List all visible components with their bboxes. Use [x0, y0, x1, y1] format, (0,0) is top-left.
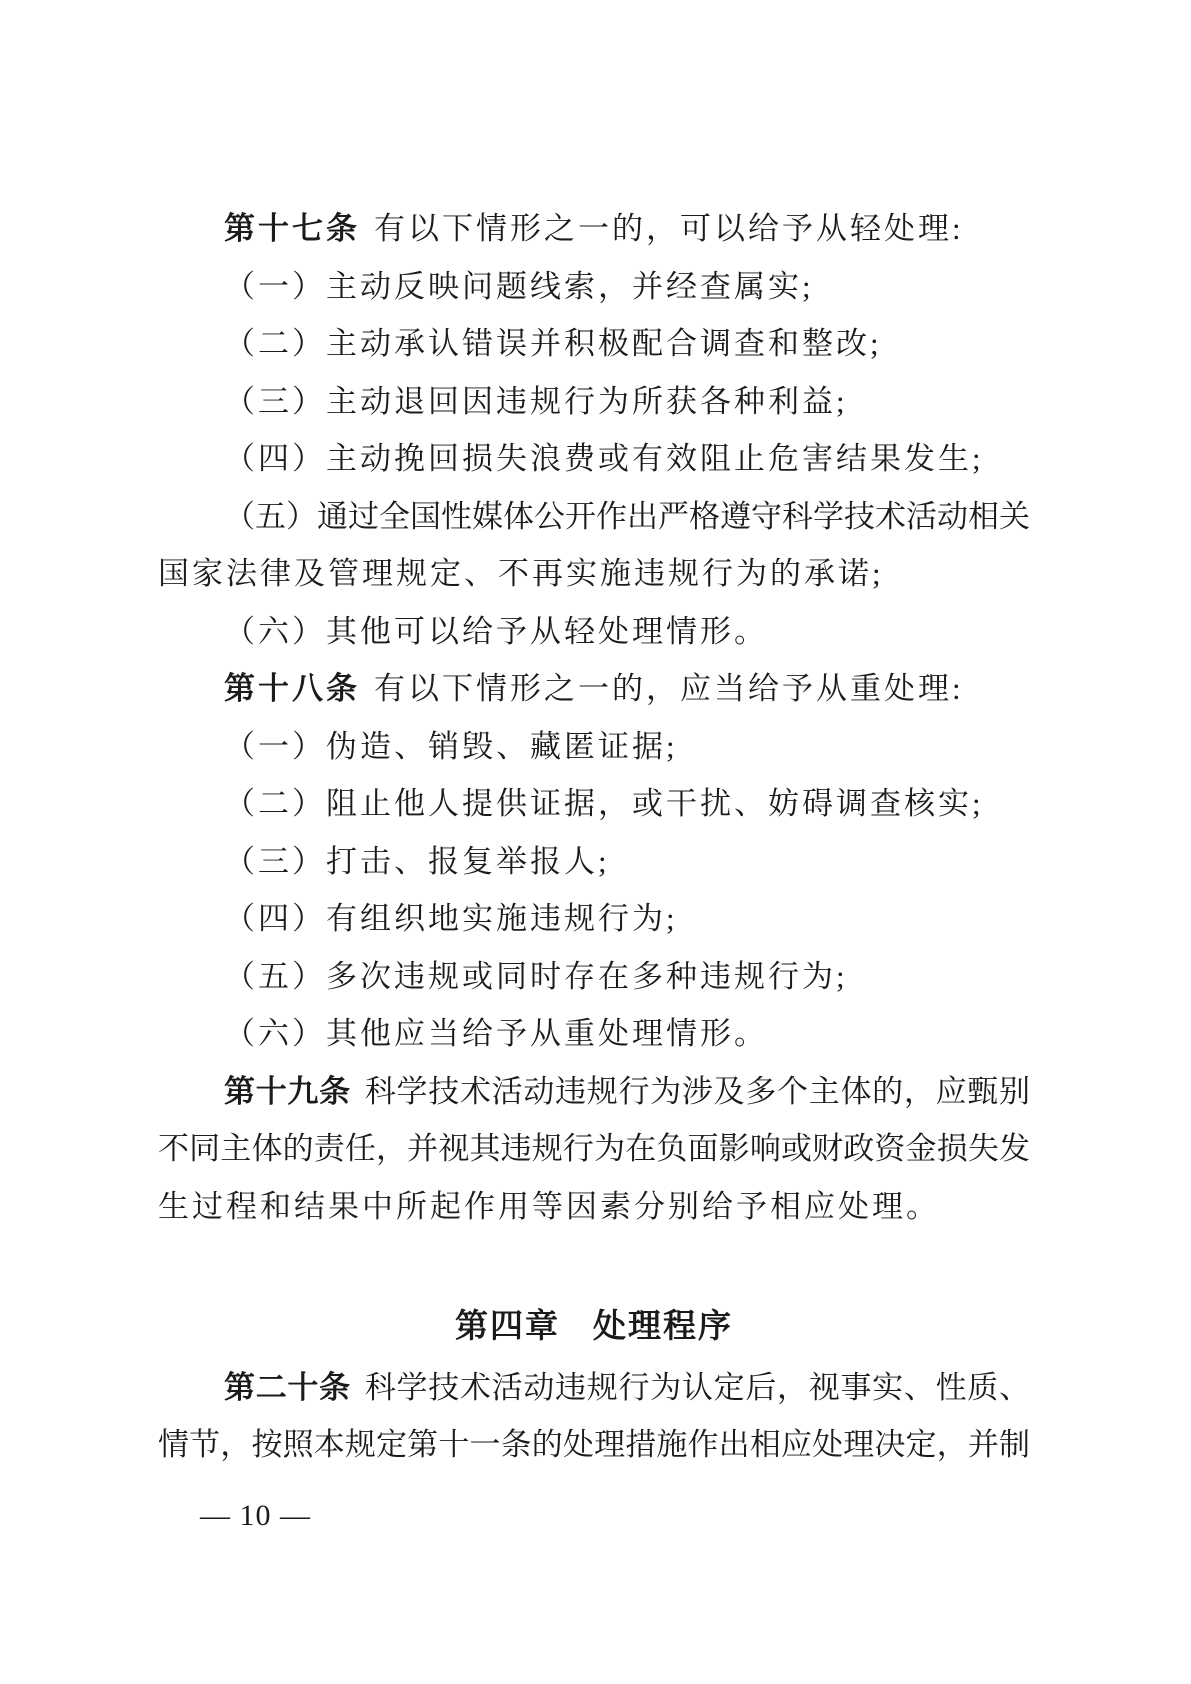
page-number: — 10 — — [200, 1498, 311, 1534]
section-articles-17-19: 第十七条有以下情形之一的，可以给予从轻处理:（一）主动反映问题线索，并经查属实;… — [158, 200, 1030, 1235]
text-line: 国家法律及管理规定、不再实施违规行为的承诺; — [158, 545, 1030, 603]
line-text: 情节，按照本规定第十一条的处理措施作出相应处理决定，并制 — [158, 1427, 1030, 1462]
document-page: 第十七条有以下情形之一的，可以给予从轻处理:（一）主动反映问题线索，并经查属实;… — [0, 0, 1191, 1684]
chapter-number: 第四章 — [455, 1307, 560, 1344]
article-number: 第十七条 — [224, 211, 360, 246]
line-text: 有以下情形之一的，可以给予从轻处理: — [374, 211, 964, 246]
text-line: （五）通过全国性媒体公开作出严格遵守科学技术活动相关 — [158, 488, 1030, 546]
text-line: （六）其他应当给予从重处理情形。 — [158, 1005, 1030, 1063]
line-text: （四）主动挽回损失浪费或有效阻止危害结果发生; — [224, 441, 984, 476]
document-body: 第十七条有以下情形之一的，可以给予从轻处理:（一）主动反映问题线索，并经查属实;… — [0, 0, 1191, 1474]
line-text: （六）其他可以给予从轻处理情形。 — [224, 614, 768, 649]
text-line: （六）其他可以给予从轻处理情形。 — [158, 603, 1030, 661]
chapter-heading: 第四章处理程序 — [158, 1297, 1030, 1355]
line-text: （六）其他应当给予从重处理情形。 — [224, 1016, 768, 1051]
text-line: 第十七条有以下情形之一的，可以给予从轻处理: — [158, 200, 1030, 258]
line-text: 科学技术活动违规行为涉及多个主体的，应甄别 — [365, 1074, 1030, 1109]
article-number: 第十八条 — [224, 671, 360, 706]
line-text: 国家法律及管理规定、不再实施违规行为的承诺; — [158, 556, 884, 591]
text-line: （二）主动承认错误并积极配合调查和整改; — [158, 315, 1030, 373]
text-line: 第十九条科学技术活动违规行为涉及多个主体的，应甄别 — [158, 1063, 1030, 1121]
section-article-20: 第二十条科学技术活动违规行为认定后，视事实、性质、情节，按照本规定第十一条的处理… — [158, 1359, 1030, 1474]
text-line: （一）主动反映问题线索，并经查属实; — [158, 258, 1030, 316]
line-text: （五）多次违规或同时存在多种违规行为; — [224, 959, 848, 994]
text-line: 第二十条科学技术活动违规行为认定后，视事实、性质、 — [158, 1359, 1030, 1417]
text-line: （四）主动挽回损失浪费或有效阻止危害结果发生; — [158, 430, 1030, 488]
article-number: 第二十条 — [224, 1370, 351, 1405]
text-line: （二）阻止他人提供证据，或干扰、妨碍调查核实; — [158, 775, 1030, 833]
text-line: （五）多次违规或同时存在多种违规行为; — [158, 948, 1030, 1006]
text-line: 情节，按照本规定第十一条的处理措施作出相应处理决定，并制 — [158, 1416, 1030, 1474]
text-line: （三）主动退回因违规行为所获各种利益; — [158, 373, 1030, 431]
text-line: （三）打击、报复举报人; — [158, 833, 1030, 891]
line-text: （三）打击、报复举报人; — [224, 844, 610, 879]
text-line: 生过程和结果中所起作用等因素分别给予相应处理。 — [158, 1178, 1030, 1236]
article-number: 第十九条 — [224, 1074, 351, 1109]
text-line: 不同主体的责任，并视其违规行为在负面影响或财政资金损失发 — [158, 1120, 1030, 1178]
line-text: （一）伪造、销毁、藏匿证据; — [224, 729, 678, 764]
text-line: 第十八条有以下情形之一的，应当给予从重处理: — [158, 660, 1030, 718]
line-text: （五）通过全国性媒体公开作出严格遵守科学技术活动相关 — [224, 499, 1030, 534]
line-text: 不同主体的责任，并视其违规行为在负面影响或财政资金损失发 — [158, 1131, 1030, 1166]
text-line: （四）有组织地实施违规行为; — [158, 890, 1030, 948]
line-text: （四）有组织地实施违规行为; — [224, 901, 678, 936]
text-line: （一）伪造、销毁、藏匿证据; — [158, 718, 1030, 776]
line-text: （二）阻止他人提供证据，或干扰、妨碍调查核实; — [224, 786, 984, 821]
line-text: （二）主动承认错误并积极配合调查和整改; — [224, 326, 882, 361]
line-text: 生过程和结果中所起作用等因素分别给予相应处理。 — [158, 1189, 940, 1224]
line-text: 科学技术活动违规行为认定后，视事实、性质、 — [365, 1370, 1030, 1405]
chapter-title: 处理程序 — [593, 1307, 733, 1344]
line-text: （一）主动反映问题线索，并经查属实; — [224, 269, 814, 304]
line-text: （三）主动退回因违规行为所获各种利益; — [224, 384, 848, 419]
line-text: 有以下情形之一的，应当给予从重处理: — [374, 671, 964, 706]
